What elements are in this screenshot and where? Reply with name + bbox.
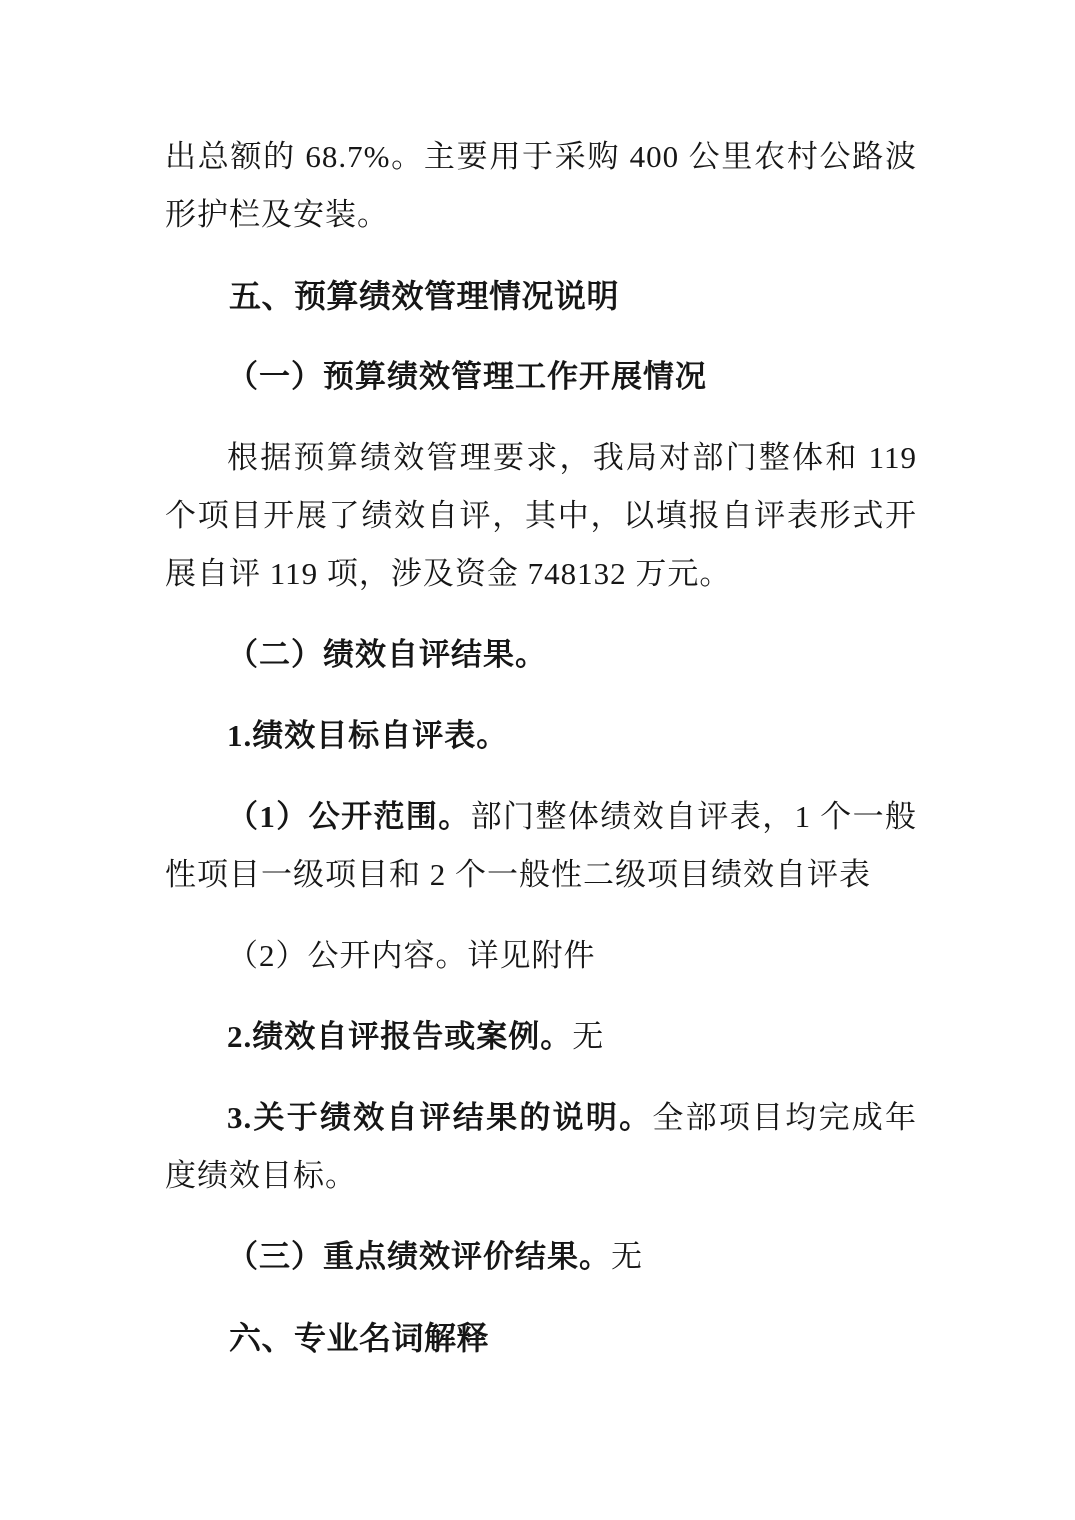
- heading-section-5: 五、预算绩效管理情况说明: [165, 267, 917, 325]
- text-run: （2）公开内容。详见附件: [227, 938, 596, 973]
- document-page: 出总额的 68.7%。主要用于采购 400 公里农村公路波形护栏及安装。五、预算…: [0, 0, 1075, 1520]
- text-run-bold: （三）重点绩效评价结果。: [227, 1239, 611, 1274]
- paragraph-disclosure-scope: （1）公开范围。部门整体绩效自评表，1 个一般性项目一级项目和 2 个一般性二级…: [165, 788, 917, 904]
- text-run: 出总额的 68.7%。主要用于采购 400 公里农村公路波形护栏及安装。: [165, 139, 917, 232]
- text-run-bold: 3.关于绩效自评结果的说明。: [227, 1100, 652, 1135]
- text-run: 无: [611, 1239, 643, 1274]
- text-run-bold: 六、专业名词解释: [229, 1320, 489, 1356]
- text-run-bold: （二）绩效自评结果。: [227, 637, 547, 672]
- heading-section-5-2: （二）绩效自评结果。: [165, 626, 917, 684]
- text-run: 根据预算绩效管理要求，我局对部门整体和 119 个项目开展了绩效自评，其中，以填…: [165, 440, 917, 591]
- document-content: 出总额的 68.7%。主要用于采购 400 公里农村公路波形护栏及安装。五、预算…: [165, 128, 917, 1367]
- heading-section-5-1: （一）预算绩效管理工作开展情况: [165, 348, 917, 406]
- heading-item-1: 1.绩效目标自评表。: [165, 707, 917, 765]
- text-run: 无: [572, 1019, 604, 1054]
- paragraph-disclosure-content: （2）公开内容。详见附件: [165, 927, 917, 985]
- paragraph-item-2: 2.绩效自评报告或案例。无: [165, 1008, 917, 1066]
- text-run-bold: 1.绩效目标自评表。: [227, 718, 508, 753]
- heading-section-5-3: （三）重点绩效评价结果。无: [165, 1228, 917, 1286]
- paragraph-item-3: 3.关于绩效自评结果的说明。全部项目均完成年度绩效目标。: [165, 1089, 917, 1205]
- paragraph-self-evaluation: 根据预算绩效管理要求，我局对部门整体和 119 个项目开展了绩效自评，其中，以填…: [165, 429, 917, 603]
- text-run-bold: 五、预算绩效管理情况说明: [229, 278, 619, 314]
- heading-section-6: 六、专业名词解释: [165, 1309, 917, 1367]
- text-run-bold: 2.绩效自评报告或案例。: [227, 1019, 572, 1054]
- text-run-bold: （1）公开范围。: [227, 799, 471, 834]
- paragraph-spillover-guardrail: 出总额的 68.7%。主要用于采购 400 公里农村公路波形护栏及安装。: [165, 128, 917, 244]
- text-run-bold: （一）预算绩效管理工作开展情况: [227, 359, 707, 394]
